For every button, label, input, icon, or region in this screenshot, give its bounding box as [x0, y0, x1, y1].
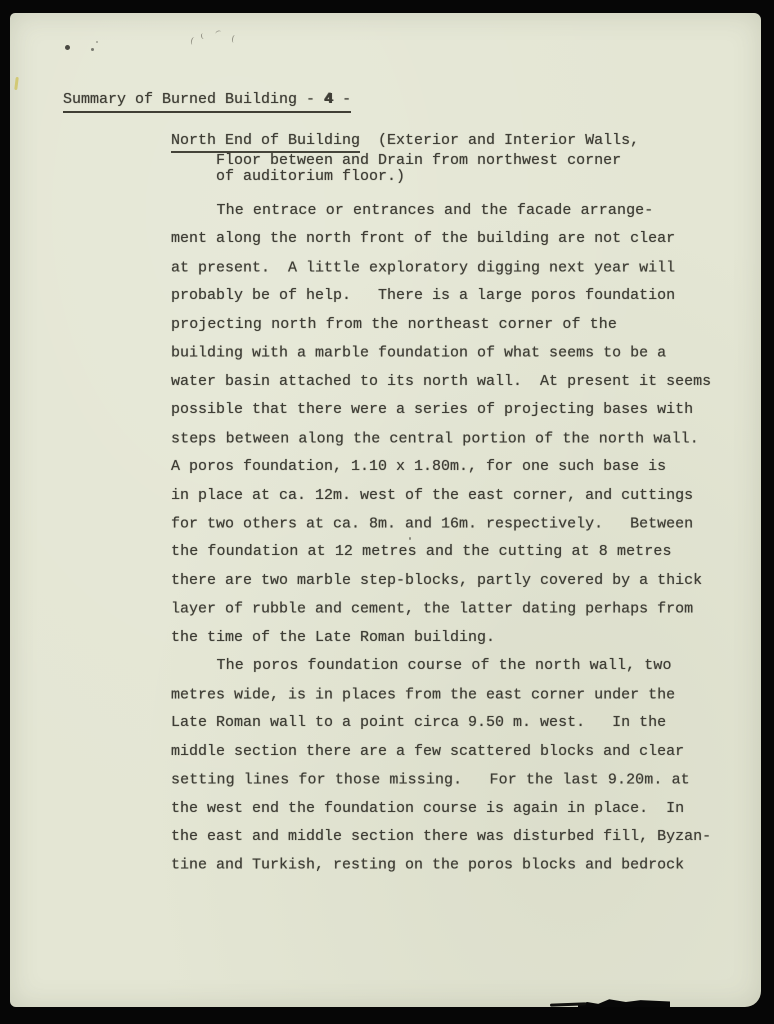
section-heading-line: North End of Building (Exterior and Inte… — [171, 133, 639, 153]
typed-line: at present. A little exploratory digging… — [171, 254, 711, 282]
pencil-scribble — [201, 33, 207, 40]
typed-line: middle section there are a few scattered… — [171, 738, 711, 766]
typed-line: ment along the north front of the buildi… — [171, 225, 711, 253]
typed-line: the west end the foundation course is ag… — [171, 795, 711, 823]
typed-line: for two others at ca. 8m. and 16m. respe… — [171, 510, 711, 538]
typed-line: the east and middle section there was di… — [171, 823, 711, 851]
typed-line: The poros foundation course of the north… — [171, 652, 711, 680]
typed-line: in place at ca. 12m. west of the east co… — [171, 482, 711, 510]
page-number: 4 — [324, 91, 333, 108]
body-text: The entrace or entrances and the facade … — [171, 197, 711, 880]
section-heading-suffix: (Exterior and Interior Walls, — [360, 132, 639, 149]
page-header: Summary of Burned Building - 4 - — [63, 91, 351, 113]
typed-line: water basin attached to its north wall. … — [171, 368, 711, 396]
typed-line: A poros foundation, 1.10 x 1.80m., for o… — [171, 453, 711, 481]
typed-line: tine and Turkish, resting on the poros b… — [171, 852, 711, 880]
page-header-underline: Summary of Burned Building - 4 - — [63, 91, 351, 113]
section-heading-title: North End of Building — [171, 133, 360, 153]
typed-line: layer of rubble and cement, the latter d… — [171, 596, 711, 624]
typed-line: Late Roman wall to a point circa 9.50 m.… — [171, 709, 711, 737]
page-header-title: Summary of Burned Building - — [63, 91, 324, 108]
typed-line: setting lines for those missing. For the… — [171, 766, 711, 794]
pencil-scribble — [215, 30, 222, 37]
paper-tear — [578, 996, 670, 1007]
page-header-suffix: - — [333, 91, 351, 108]
typed-line: steps between along the central portion … — [171, 425, 711, 453]
pencil-dot — [91, 48, 94, 51]
typed-line: there are two marble step-blocks, partly… — [171, 567, 711, 595]
pencil-scribble — [190, 37, 197, 46]
typed-line: probably be of help. There is a large po… — [171, 282, 711, 310]
document-page: Summary of Burned Building - 4 - North E… — [10, 13, 761, 1007]
typed-line: projecting north from the northeast corn… — [171, 311, 711, 339]
typed-line: metres wide, is in places from the east … — [171, 681, 711, 709]
pencil-scribble — [231, 35, 237, 44]
pencil-dot — [65, 45, 70, 50]
pencil-speck — [96, 41, 98, 43]
margin-tick — [14, 77, 19, 90]
typed-line: the time of the Late Roman building. — [171, 624, 711, 652]
typed-line: possible that there were a series of pro… — [171, 396, 711, 424]
section-heading-continuation: of auditorium floor.) — [171, 169, 639, 186]
typed-line: The entrace or entrances and the facade … — [171, 197, 711, 225]
typed-line: the foundation at 12 metres and the cutt… — [171, 538, 711, 566]
typed-line: building with a marble foundation of wha… — [171, 340, 711, 368]
section-heading: North End of Building (Exterior and Inte… — [171, 133, 639, 186]
section-heading-continuation: Floor between and Drain from northwest c… — [171, 153, 639, 170]
